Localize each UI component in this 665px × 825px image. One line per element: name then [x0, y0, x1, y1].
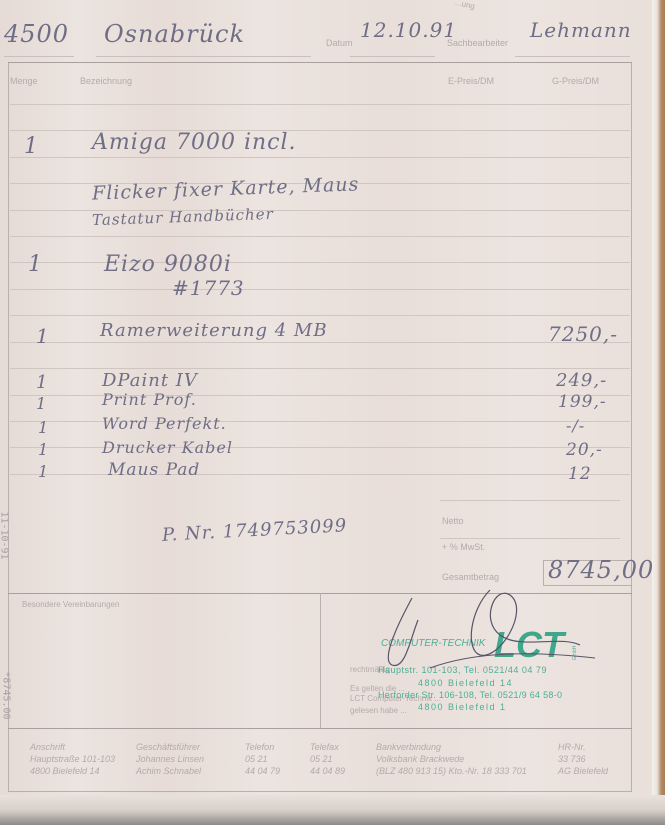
terms-text: gelesen habe ... — [350, 706, 407, 715]
item-desc: Amiga 7000 incl. — [92, 130, 297, 155]
footer-hr-label: HR-Nr. — [558, 742, 586, 752]
remarks-label: Besondere Vereinbarungen — [22, 600, 119, 609]
paper-edge-bottom — [0, 795, 665, 825]
item-price: -/- — [566, 416, 585, 435]
date-value: 12.10.91 — [360, 18, 457, 42]
item-desc: #1773 — [172, 276, 245, 300]
vat-label: + % MwSt. — [442, 542, 485, 552]
footer-mgmt-label: Geschäftsführer — [136, 742, 200, 752]
item-desc: DPaint IV — [102, 370, 198, 391]
column-description: Bezeichnung — [80, 76, 132, 86]
item-qty: 1 — [36, 372, 48, 393]
item-qty: 1 — [38, 462, 49, 481]
clerk-label: Sachbearbeiter — [447, 38, 508, 48]
paper-edge-right — [652, 0, 665, 825]
clerk-value: Lehmann — [530, 18, 632, 42]
item-desc: Word Perfekt. — [102, 414, 227, 433]
invoice-paper: ...ung 4500 Osnabrück Datum 12.10.91 Sac… — [0, 0, 652, 808]
city: Osnabrück — [104, 20, 245, 48]
item-qty: 1 — [38, 418, 49, 437]
signature-scribble — [370, 580, 600, 680]
item-qty: 1 — [36, 324, 50, 348]
footer-bank-label: Bankverbindung — [376, 742, 441, 752]
item-desc: Print Prof. — [102, 390, 197, 409]
item-qty: 1 — [38, 440, 49, 459]
stamp-address-line: 4800 Bielefeld 1 — [418, 702, 507, 712]
column-total-price: G-Preis/DM — [552, 76, 599, 86]
item-qty: 1 — [24, 134, 39, 159]
footer-mgmt-1: Johannes Linsen — [136, 754, 204, 764]
item-desc: Drucker Kabel — [102, 438, 233, 457]
footer-bank-1: Volksbank Brackwede — [376, 754, 464, 764]
footer-fax-2: 44 04 89 — [310, 766, 345, 776]
item-price: 7250,- — [548, 322, 618, 346]
item-desc: Maus Pad — [108, 460, 200, 480]
header-fragment: ...ung — [454, 0, 475, 11]
footer-fax-1: 05 21 — [310, 754, 333, 764]
footer-bank-2: (BLZ 480 913 15) Kto.-Nr. 18 333 701 — [376, 766, 527, 776]
footer-address-2: 4800 Bielefeld 14 — [30, 766, 100, 776]
item-qty: 1 — [36, 394, 47, 413]
column-unit-price: E-Preis/DM — [448, 76, 494, 86]
footer-hr-2: AG Bielefeld — [558, 766, 608, 776]
net-label: Netto — [442, 516, 464, 526]
footer-mgmt-2: Achim Schnabel — [136, 766, 201, 776]
item-qty: 1 — [28, 252, 43, 277]
footer-phone-label: Telefon — [245, 742, 274, 752]
footer-address-label: Anschrift — [30, 742, 65, 752]
item-price: 12 — [568, 464, 592, 484]
item-price: 199,- — [558, 392, 607, 412]
stamp-address-line: Herforder Str. 106-108, Tel. 0521/9 64 5… — [378, 690, 562, 700]
item-price: 249,- — [556, 370, 607, 391]
footer-hr-1: 33 736 — [558, 754, 586, 764]
footer-phone-2: 44 04 79 — [245, 766, 280, 776]
item-desc: Ramerweiterung 4 MB — [100, 320, 328, 341]
margin-amount-stamp: *8745.00 — [1, 671, 12, 719]
date-label: Datum — [326, 38, 353, 48]
footer-address-1: Hauptstraße 101-103 — [30, 754, 115, 764]
footer-fax-label: Telefax — [310, 742, 339, 752]
footer-phone-1: 05 21 — [245, 754, 268, 764]
margin-date-stamp: 11-10-91 — [0, 511, 10, 559]
item-desc: Eizo 9080i — [104, 252, 232, 277]
column-quantity: Menge — [10, 76, 38, 86]
item-price: 20,- — [566, 440, 603, 460]
postal-code: 4500 — [4, 20, 69, 48]
